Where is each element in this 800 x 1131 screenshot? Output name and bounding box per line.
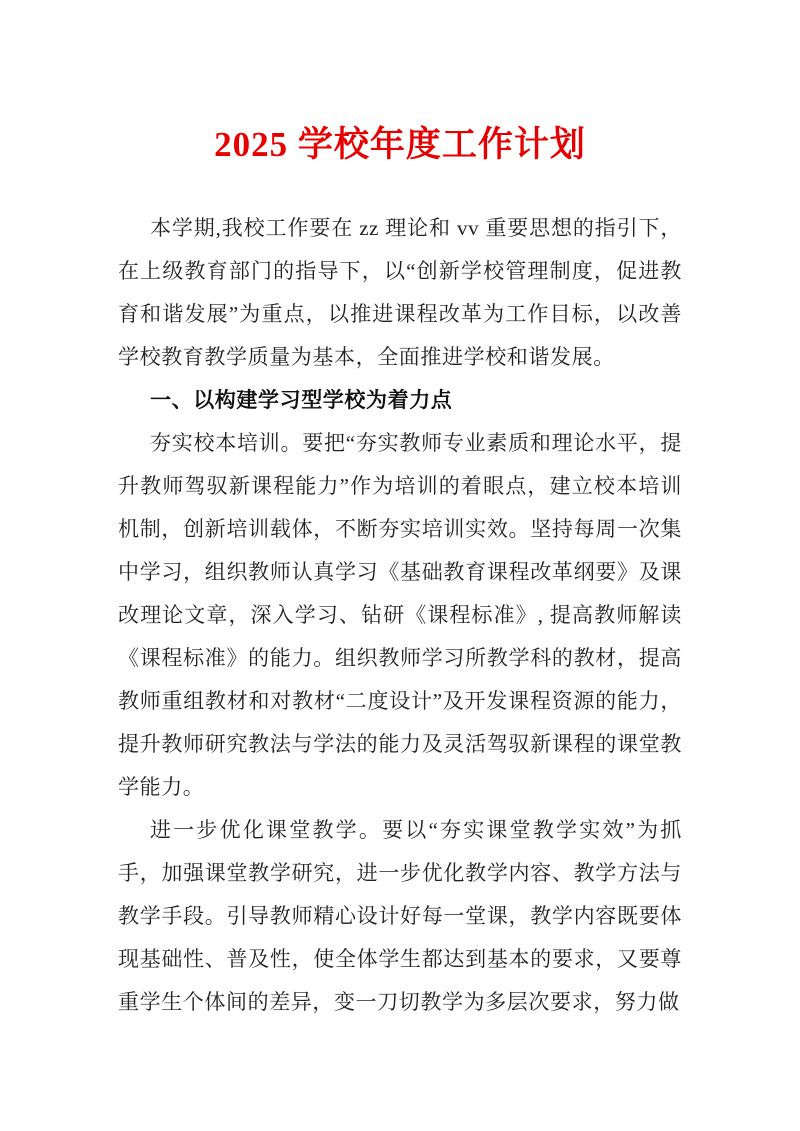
paragraph: 进一步优化课堂教学。要以“夯实课堂教学实效”为抓手，加强课堂教学研究，进一步优化… — [118, 809, 682, 1024]
document-title: 2025 学校年度工作计划 — [0, 0, 800, 166]
paragraph: 本学期,我校工作要在 zz 理论和 vv 重要思想的指引下，在上级教育部门的指导… — [118, 207, 682, 379]
paragraph: 夯实校本培训。要把“夯实教师专业素质和理论水平，提升教师驾驭新课程能力”作为培训… — [118, 422, 682, 809]
document-page: 2025 学校年度工作计划 本学期,我校工作要在 zz 理论和 vv 重要思想的… — [0, 0, 800, 1131]
section-heading: 一、以构建学习型学校为着力点 — [118, 379, 682, 422]
document-body: 本学期,我校工作要在 zz 理论和 vv 重要思想的指引下，在上级教育部门的指导… — [118, 207, 682, 1024]
